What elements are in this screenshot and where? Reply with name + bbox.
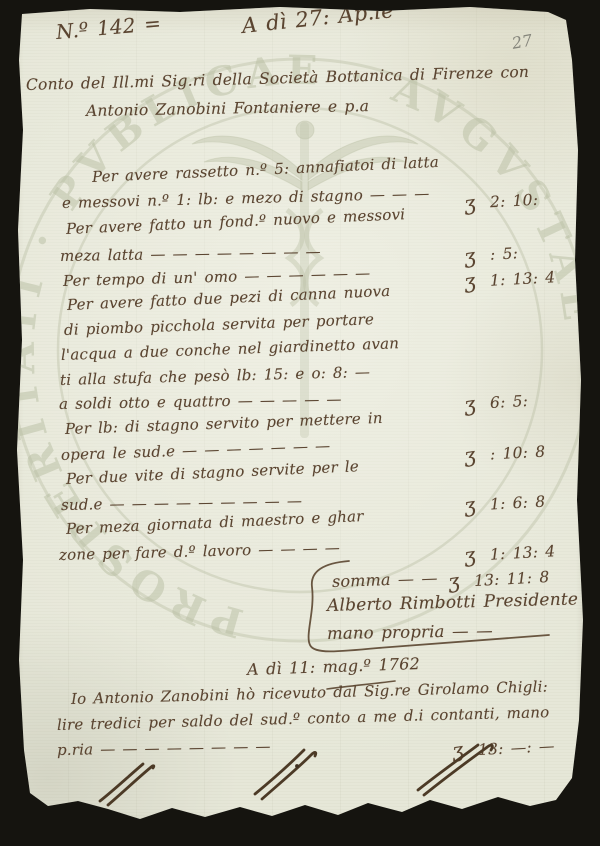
currency-symbol: ʒ — [462, 442, 477, 467]
ink-speck — [295, 764, 422, 835]
currency-symbol: ʒ — [450, 737, 465, 762]
currency-symbol: ʒ — [462, 391, 477, 416]
flourish-mark — [100, 764, 154, 805]
entry-line: zone per fare d.º lavoro — — — — ʒ 1: 13… — [0, 546, 600, 572]
amount-value: 1: 13: 4 — [490, 542, 556, 563]
signature-line: Alberto Rimbotti Presidente — [0, 596, 600, 622]
receipt-line: p.ria — — — — — — — — ʒ 13: —: — — [0, 741, 600, 767]
currency-symbol: ʒ — [462, 492, 477, 517]
amount-value: : 10: 8 — [490, 443, 546, 464]
amount-value: 2: 10: — [490, 191, 539, 211]
currency-symbol: ʒ — [446, 568, 461, 593]
amount-value: 13: —: — — [478, 737, 555, 759]
title-line: Antonio Zanobini Fontaniere e p.a — [0, 102, 600, 128]
manuscript-page: PROSPERITATI · PVBLICAE · AVGVSTAE N.º 1… — [0, 0, 600, 846]
folio-number-pencil: 27 — [0, 34, 600, 60]
amount-value: 6: 5: — [490, 392, 529, 412]
receipt-line: lire tredici per saldo del sud.º conto a… — [0, 716, 600, 742]
signature-line: mano propria — — — [0, 624, 600, 650]
currency-symbol: ʒ — [462, 190, 477, 215]
amount-value: 1: 13: 4 — [490, 268, 556, 289]
currency-symbol: ʒ — [462, 542, 477, 567]
currency-symbol: ʒ — [462, 268, 477, 293]
currency-symbol: ʒ — [462, 243, 477, 268]
amount-value: 13: 11: 8 — [474, 568, 550, 590]
amount-value: : 5: — [490, 244, 519, 263]
photo-mat-background: PROSPERITATI · PVBLICAE · AVGVSTAE N.º 1… — [0, 0, 600, 846]
amount-value: 1: 6: 8 — [490, 493, 546, 514]
